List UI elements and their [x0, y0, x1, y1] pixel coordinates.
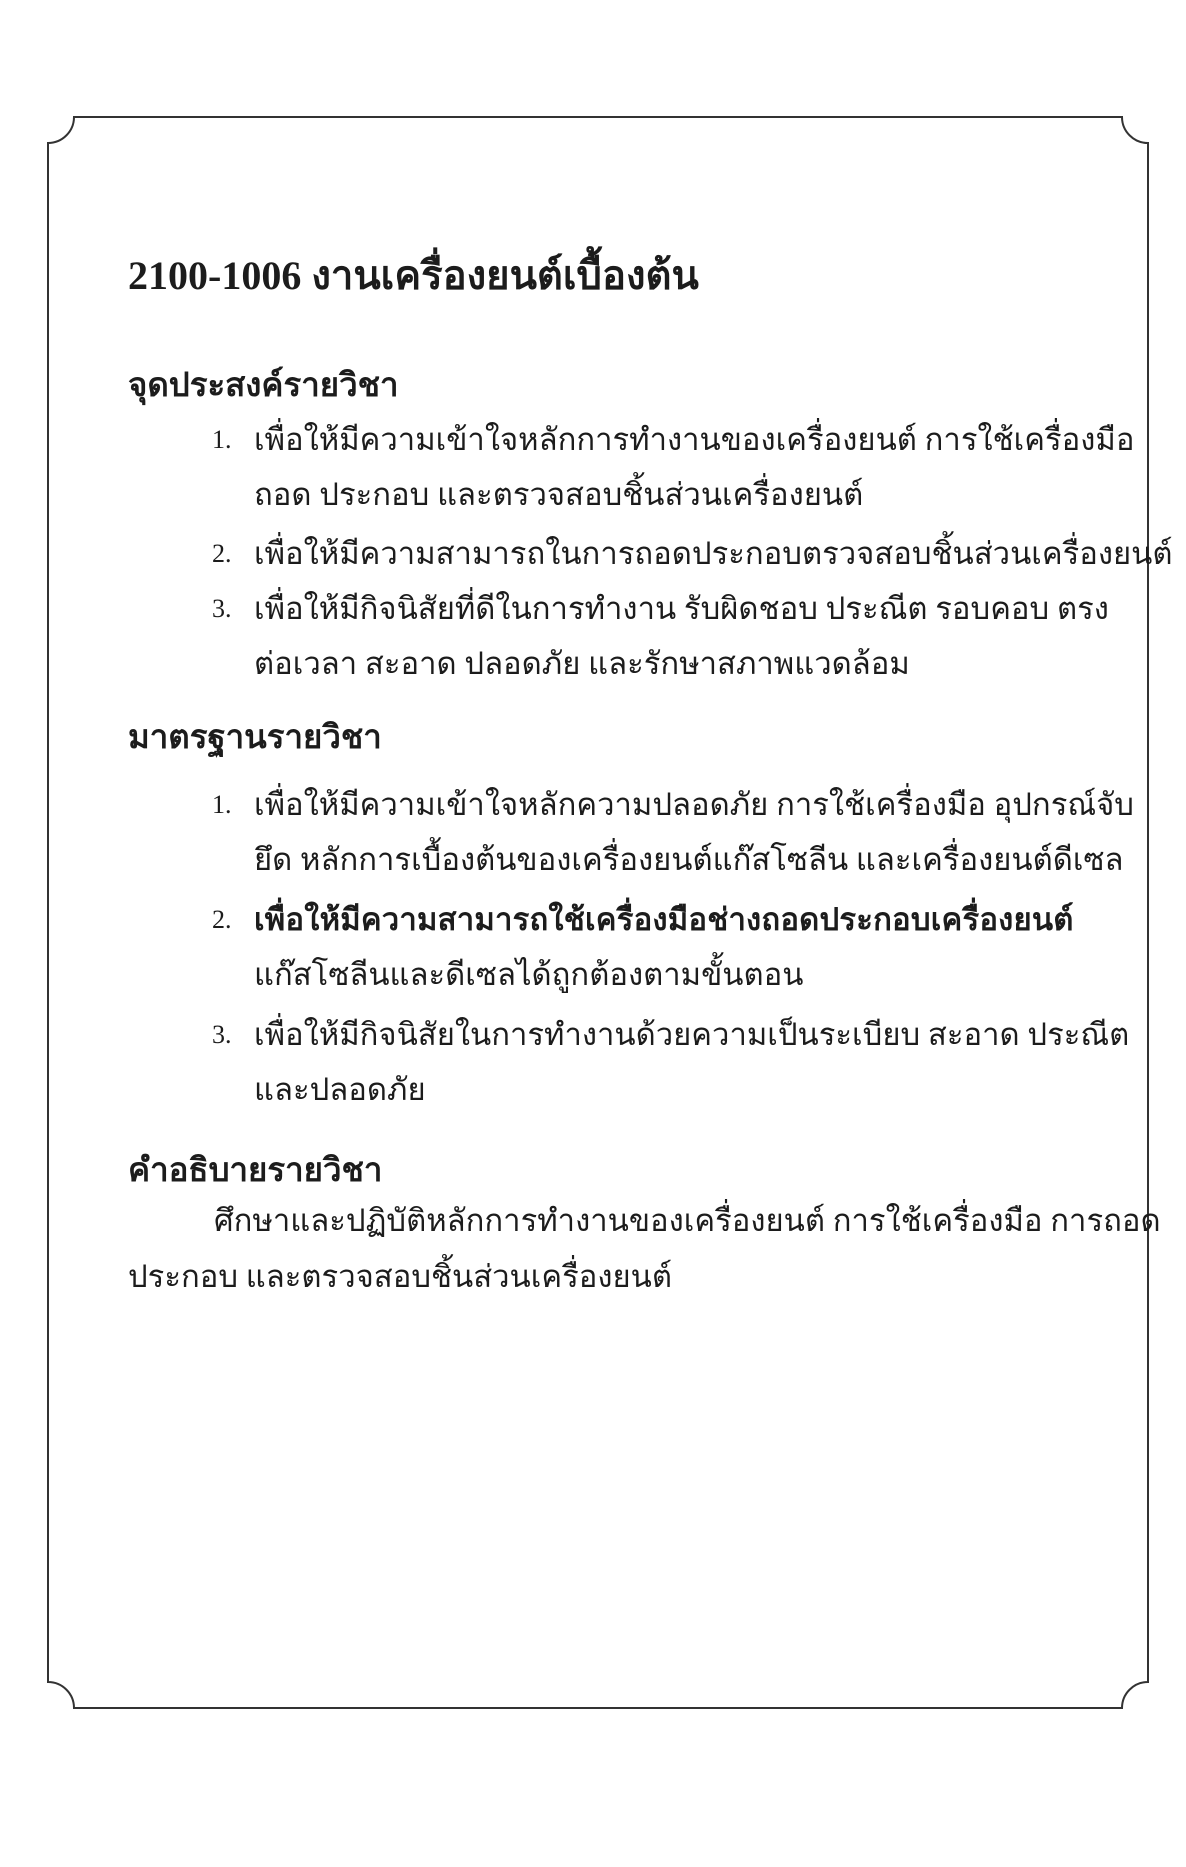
item-text-line: เพื่อให้มีความสามารถในการถอดประกอบตรวจสอ… [254, 526, 1058, 581]
objectives-list: 1. เพื่อให้มีความเข้าใจหลักการทำงานของเค… [212, 412, 1058, 691]
item-text-line: เพื่อให้มีความสามารถใช้เครื่องมือช่างถอด… [254, 892, 1058, 947]
item-text-line: และปลอดภัย [254, 1062, 1058, 1117]
list-item: 1. เพื่อให้มีความเข้าใจหลักการทำงานของเค… [212, 412, 1058, 522]
course-description-paragraph: ศึกษาและปฏิบัติหลักการทำงานของเครื่องยนต… [128, 1193, 1058, 1305]
item-number: 1. [212, 412, 232, 467]
item-number: 2. [212, 892, 232, 947]
item-text-line: เพื่อให้มีความเข้าใจหลักการทำงานของเครื่… [254, 412, 1058, 467]
list-item: 3. เพื่อให้มีกิจนิสัยในการทำงานด้วยความเ… [212, 1007, 1058, 1117]
course-page: 2100-1006 งานเครื่องยนต์เบื้องต้น จุดประ… [0, 0, 1186, 1867]
section-heading-objectives: จุดประสงค์รายวิชา [128, 364, 399, 408]
paragraph-line: ประกอบ และตรวจสอบชิ้นส่วนเครื่องยนต์ [128, 1249, 1058, 1305]
paragraph-line: ศึกษาและปฏิบัติหลักการทำงานของเครื่องยนต… [128, 1193, 1058, 1249]
item-number: 3. [212, 581, 232, 636]
course-title: 2100-1006 งานเครื่องยนต์เบื้องต้น [128, 252, 699, 300]
standards-list: 1. เพื่อให้มีความเข้าใจหลักความปลอดภัย ก… [212, 777, 1058, 1117]
item-number: 3. [212, 1007, 232, 1062]
item-text-line: ยึด หลักการเบื้องต้นของเครื่องยนต์แก๊สโซ… [254, 832, 1058, 887]
list-item: 1. เพื่อให้มีความเข้าใจหลักความปลอดภัย ก… [212, 777, 1058, 887]
item-number: 1. [212, 777, 232, 832]
item-text-line: เพื่อให้มีความเข้าใจหลักความปลอดภัย การใ… [254, 777, 1058, 832]
item-text-line: ต่อเวลา สะอาด ปลอดภัย และรักษาสภาพแวดล้อ… [254, 636, 1058, 691]
item-text-line: ถอด ประกอบ และตรวจสอบชิ้นส่วนเครื่องยนต์ [254, 467, 1058, 522]
section-heading-standards: มาตรฐานรายวิชา [128, 716, 382, 760]
list-item: 3. เพื่อให้มีกิจนิสัยที่ดีในการทำงาน รับ… [212, 581, 1058, 691]
item-text-line: เพื่อให้มีกิจนิสัยในการทำงานด้วยความเป็น… [254, 1007, 1058, 1062]
item-text-line: เพื่อให้มีกิจนิสัยที่ดีในการทำงาน รับผิด… [254, 581, 1058, 636]
section-heading-description: คำอธิบายรายวิชา [128, 1149, 382, 1193]
item-text-line: แก๊สโซลีนและดีเซลได้ถูกต้องตามขั้นตอน [254, 947, 1058, 1002]
list-item: 2. เพื่อให้มีความสามารถในการถอดประกอบตรว… [212, 526, 1058, 581]
item-number: 2. [212, 526, 232, 581]
list-item: 2. เพื่อให้มีความสามารถใช้เครื่องมือช่าง… [212, 892, 1058, 1002]
